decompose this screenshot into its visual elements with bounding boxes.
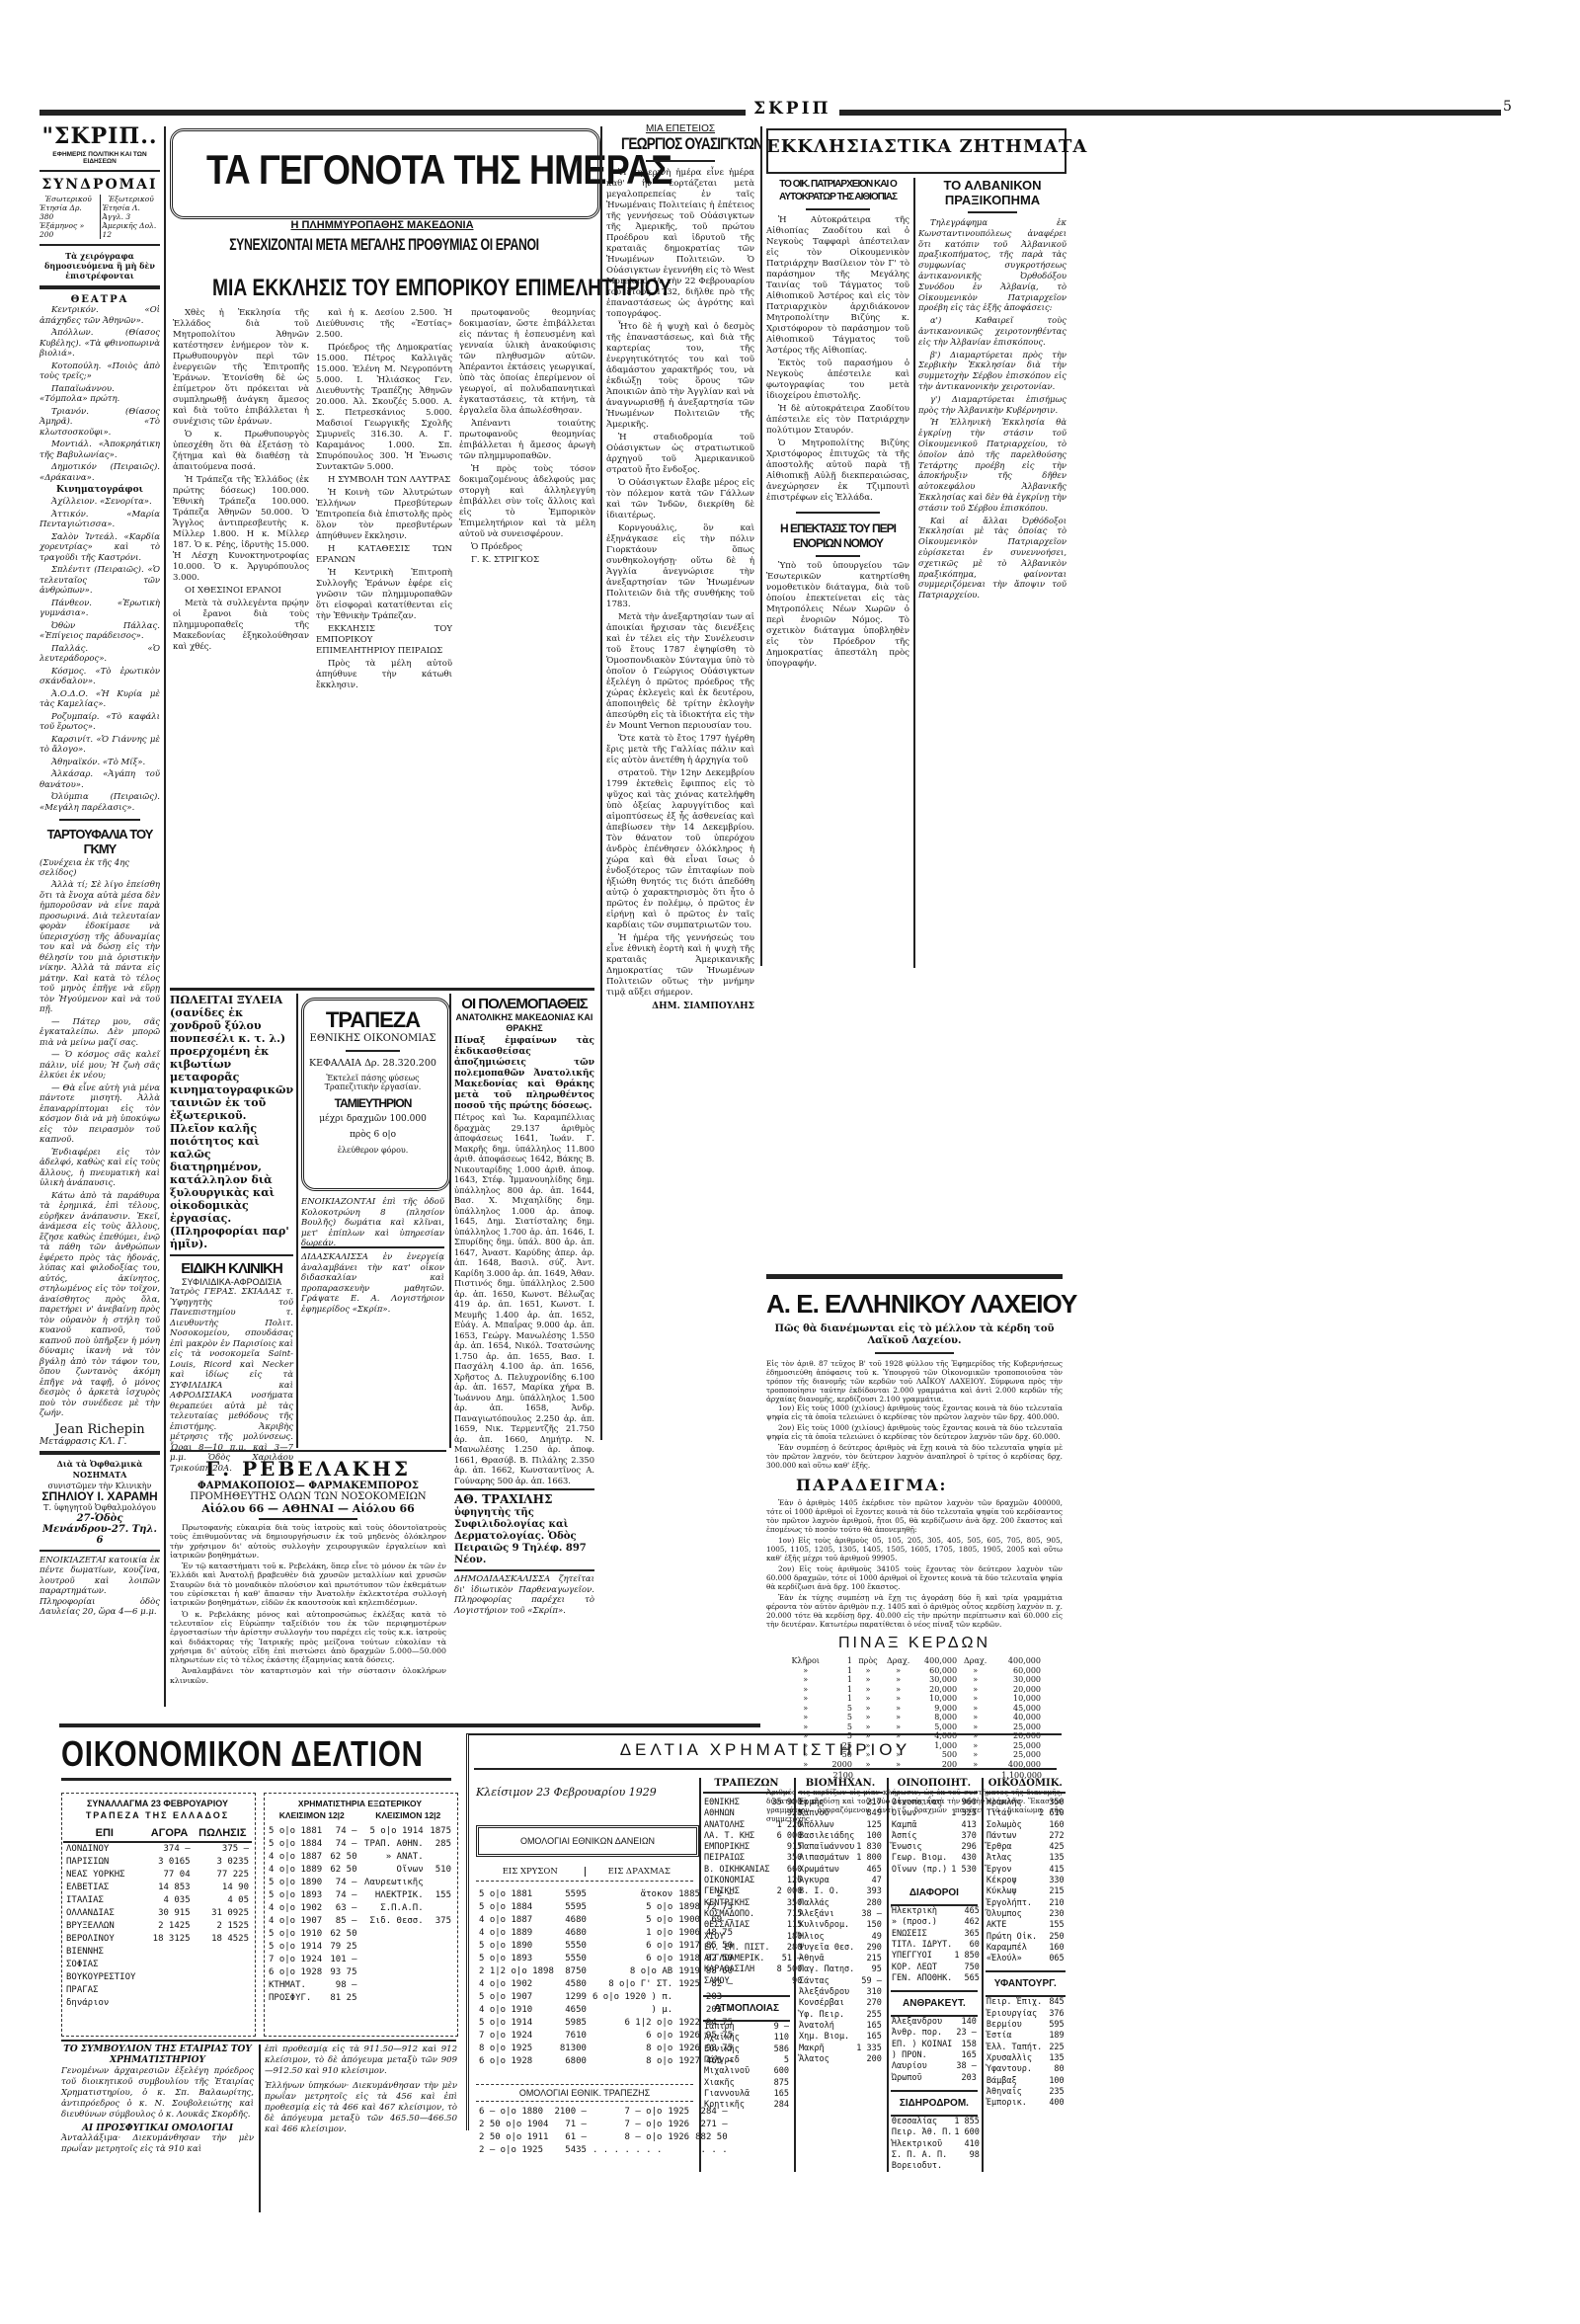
table-cell: 370: [950, 1831, 978, 1842]
table-cell: 100: [1047, 2076, 1066, 2087]
finance-title: ΟΙΚΟΝΟΜΙΚΟΝ ΔΕΛΤΙΟΝ: [61, 1733, 320, 1775]
table-cell: Βορειοδυτ.: [891, 2161, 953, 2172]
table-cell: [427, 1928, 454, 1941]
prize-cell: 30,000: [991, 1675, 1043, 1685]
table-cell: [194, 1959, 252, 1971]
table-row: ΑΓΓΛΟΑΜΕΡΙΚ.51 —: [703, 1954, 803, 1964]
table-cell: 74 —: [327, 1877, 360, 1889]
bank-savings: ΤΑΜΙΕΥΤΗΡΙΟΝ: [301, 1096, 444, 1110]
table-cell: Εὐνικῆς: [703, 2044, 767, 2055]
prize-cell: »: [882, 1675, 914, 1685]
table-row: Ἐργολήπτ.210: [986, 1898, 1066, 1909]
cinema-listing: Ἀχίλλειον. «Σενορίτα».: [39, 497, 160, 508]
table-row: Ἀθηνᾶ215: [798, 1954, 883, 1964]
table-row: Ἅλατος200: [798, 2054, 883, 2065]
prize-cell: »: [854, 1675, 882, 1685]
table-cell: [427, 1966, 454, 1979]
col-industry: ΒΙΟΜΗΧΑΝ. Ἑρμῆς217Καπνοῦ849Ἀπόλλων125Βασ…: [794, 1778, 883, 2172]
bonds-table: 5 ο|ο 18815595ἄτοκον18852 —5 ο|ο 1884559…: [476, 1888, 736, 2068]
manuscripts-notice: Τὰ χειρόγραφα δημοσιευόμενα ἢ μὴ δὲν ἐπι…: [39, 251, 160, 280]
war-victims-article: ΟΙ ΠΟΛΕΜΟΠΑΘΕΙΣ ΑΝΑΤΟΛΙΚΗΣ ΜΑΚΕΔΟΝΙΑΣ ΚΑ…: [454, 996, 594, 1616]
divider: [170, 988, 594, 991]
cinema-listing: Ἀττικόν. «Μαρία Πενταγιώτισσα».: [39, 510, 160, 530]
table-cell: Ψυγεῖα Θεσ.: [798, 1943, 855, 1954]
war-title: ΟΙ ΠΟΛΕΜΟΠΑΘΕΙΣ: [454, 996, 594, 1012]
divider: [646, 160, 715, 162]
table-cell: Καπνοῦ: [798, 1808, 855, 1819]
table-cell: 71 —: [551, 2119, 590, 2131]
table-cell: 4 ο|ο 1889: [266, 1864, 327, 1877]
nb-bonds-title: ΟΜΟΛΟΓΙΑΙ ΕΘΝΙΚ. ΤΡΑΠΕΖΗΣ: [476, 2084, 693, 2102]
table-row: δηνάριον: [63, 1997, 252, 2010]
table-cell: Λιπασμάτων: [798, 1853, 855, 1864]
anniversary-kicker: ΜΙΑ ΕΠΕΤΕΙΟΣ: [606, 123, 754, 134]
table-row: Παλλάς280: [798, 1898, 883, 1909]
table-cell: 1926: [665, 2131, 692, 2144]
prize-cell: »: [786, 1704, 825, 1714]
prize-cell: »: [882, 1694, 914, 1704]
table-cell: ΠΕΙΡΑΙΩΣ: [703, 1853, 771, 1864]
theatre-listing: Δημοτικόν (Πειραιῶς). «Δράκαινα».: [39, 462, 160, 483]
divider: [968, 211, 1017, 213]
table-cell: 4 ο|ο 1887: [476, 1914, 557, 1927]
table-cell: [194, 1946, 252, 1959]
prize-cell: 1: [825, 1675, 854, 1685]
table-cell: ἄτοκον: [590, 1888, 675, 1901]
article-paragraph: Τηλεγράφημα ἐκ Κωνσταντινουπόλεως ἀναφέρ…: [918, 217, 1066, 313]
table-cell: 225: [1047, 2043, 1066, 2053]
table-row: Βορειοδυτ.: [891, 2161, 981, 2172]
article-paragraph: Η ΣΥΜΒΟΛΗ ΤΩΝ ΛΑΥΤΡΑΣ: [316, 475, 452, 486]
prize-cell: 5: [825, 1713, 854, 1723]
table-cell: 4 ο|ο 1902: [476, 1978, 557, 1991]
table-cell: Μιχαλινοῦ: [703, 2066, 767, 2077]
table-row: ΛΟΝΔΙΝΟΥ374 —375 —: [63, 1842, 252, 1856]
table-cell: 8750: [557, 1965, 590, 1978]
cinema-listing: Καρσινίτ. «Ὁ Γιάννης μὲ τὸ ἄλογο».: [39, 735, 160, 756]
table-cell: 4 ο|ο 1910: [476, 2004, 557, 2017]
prize-cell: Δραχ.: [959, 1656, 991, 1666]
table-row: Γεωρ. Βιομ.430: [891, 1853, 978, 1864]
bank-capital: ΚΕΦΑΛΑΙΑ Δρ. 28.320.200: [301, 1058, 444, 1069]
table-cell: 1926: [665, 2119, 692, 2131]
bonds-col-drachma: ΕΙΣ ΔΡΑΧΜΑΣ: [586, 1867, 694, 1877]
table-row: Χημ. Βιομ.165: [798, 2032, 883, 2043]
table-row: ΚΑΡΑΘΑΣΙΛΗ8 500: [703, 1964, 803, 1975]
banks-title: ΤΡΑΠΕΖΩΝ: [703, 1778, 790, 1794]
table-cell: Β. Ι. Ο.: [798, 1886, 855, 1897]
page-number: 5: [1503, 99, 1512, 115]
article-paragraph: β') Διαμαρτύρεται πρὸς τὴν Σερβικὴν Ἐκκλ…: [918, 350, 1066, 392]
table-cell: 6 ο|ο: [590, 1940, 675, 1953]
table-cell: Ἠλεκτρικὴ: [891, 1906, 953, 1917]
table-cell: 5 ο|ο 1893: [266, 1889, 327, 1902]
war-list: Πέτρος καὶ Ἰω. Καραμπέλλιας δραχμὰς 29.1…: [454, 1112, 594, 1485]
table-row: Καπνοῦ849: [798, 1808, 883, 1819]
table-cell: 565: [953, 1973, 981, 1984]
table-cell: 413: [950, 1820, 978, 1831]
paper-name: "ΣΚΡΙΠ..: [39, 123, 160, 149]
table-cell: Ὑφ. Πειρ.: [798, 2010, 855, 2021]
derm-ad: ΑΘ. ΤΡΑΧΙΛΗΣ ὑφηγητὴς τῆς Συφιλιδολογίας…: [454, 1493, 594, 1566]
table-row: ΕΠ. ) ΚΟΙΝΑΙ158: [891, 2040, 978, 2050]
divider: [766, 1274, 1063, 1279]
table-cell: [146, 1959, 194, 1971]
prize-cell: 30,000: [914, 1675, 959, 1685]
timber-text: προερχομένη ἐκ κιβωτίων μεταφορᾶς κινημα…: [170, 1045, 293, 1250]
table-cell: 5550: [557, 1953, 590, 1965]
table-cell: Κέκροψ: [986, 1876, 1038, 1886]
table-row: ) ΠΡΟΝ.165: [891, 2050, 978, 2061]
table-row: Ἔρθρα425: [986, 1842, 1066, 1853]
table-cell: 4 035: [146, 1894, 194, 1907]
table-cell: 93 75: [327, 1966, 360, 1979]
article-paragraph: Ὁ κ. Πρωθυπουργὸς ὑπεσχέθη ὅτι θὰ ἐξετάσ…: [173, 430, 309, 473]
eye-ad-line1: Διὰ τὰ Ὀφθαλμικὰ ΝΟΣΗΜΑΤΑ: [39, 1459, 160, 1481]
table-cell: 8 ο|ο 1925: [476, 2043, 557, 2055]
table-cell: 38 —: [855, 1909, 883, 1920]
divider: [454, 1569, 594, 1571]
table-cell: 1 335: [855, 2044, 883, 2054]
prize-cell: »: [786, 1666, 825, 1676]
table-cell: Θεσσαλίας: [891, 2117, 953, 2127]
table-row: Ἀλεξάνι38 —: [798, 1909, 883, 1920]
table-cell: 203: [955, 2073, 978, 2084]
table-row: Ἠλεκτρικὴ465: [891, 1906, 981, 1917]
lottery-rule: Ἐὰν συμπέσῃ ὁ δεύτερος ἀριθμὸς νὰ ἔχῃ κο…: [766, 1443, 1063, 1470]
cinema-listing: Παλλάς. «Ὁ λευτεράδορος».: [39, 644, 160, 665]
prize-cell: »: [882, 1685, 914, 1695]
table-cell: 5 ο|ο 1881: [476, 1888, 557, 1901]
example-paragraph: 1ον) Εἰς τοὺς ἀριθμοὺς 05, 105, 205, 305…: [766, 1536, 1063, 1563]
table-cell: Ἀσπίς: [891, 1831, 950, 1842]
article-paragraph: ΟΙ ΧΘΕΣΙΝΟΙ ΕΡΑΝΟΙ: [173, 586, 309, 597]
table-row: Ἠλεκτρικοῦ410: [891, 2139, 981, 2150]
table-row: ΙΤΑΛΙΑΣ4 0354 05: [63, 1894, 252, 1907]
table-cell: 4580: [557, 1978, 590, 1991]
main-article-col1: Χθὲς ἡ Ἐκκλησία τῆς Ἑλλάδος διὰ τοῦ Μητρ…: [173, 308, 309, 655]
table-cell: » (προσ.): [891, 1917, 953, 1928]
table-row: Πειρ. Ἀθ. Π.1 600: [891, 2127, 981, 2138]
prize-row: Κλῆροι1πρὸςΔραχ.400,000Δραχ.400,000: [786, 1656, 1043, 1666]
table-row: 5 ο|ο 190712996 ο|ο 1920 ) π.203 —: [476, 1991, 736, 2004]
teacher2-ad: ΔΗΜΟΔΙΔΑΣΚΑΛΙΣΣΑ ζητεῖται δι' ἰδιωτικὸν …: [454, 1574, 594, 1616]
table-row: Ἐμπορικ.400: [986, 2098, 1066, 2109]
prize-cell: 60,000: [914, 1666, 959, 1676]
article-paragraph: Ὁ Πρόεδρος: [459, 542, 595, 553]
theatre-listing: Κεντρικόν. «Οἱ ἀπάχηδες τῶν Ἀθηνῶν».: [39, 305, 160, 326]
lottery-subtitle: Πῶς θὰ διανέμωνται εἰς τὸ μέλλον τὰ κέρδ…: [766, 1323, 1063, 1347]
table-cell: [146, 1971, 194, 1984]
table-cell: Πρώτη Οἰκ.: [986, 1932, 1038, 1943]
table-cell: 415: [1038, 1865, 1066, 1876]
table-cell: Ὑφαντουρ.: [986, 2064, 1047, 2075]
table-cell: 374 —: [146, 1842, 194, 1856]
article-paragraph: καὶ ἡ κ. Δεσίου 2.500. Ἡ Διεύθυνσις τῆς …: [316, 308, 452, 341]
table-cell: ΑΓΓΛΟΑΜΕΡΙΚ.: [703, 1954, 771, 1964]
divider: [346, 1050, 400, 1052]
table-row: Πρώτη Οἰκ.250: [986, 1932, 1066, 1943]
serial-author: Jean Richepin: [39, 1422, 160, 1437]
table-cell: 4 ο|ο 1907: [266, 1915, 327, 1928]
column-rule: [449, 994, 451, 1448]
table-cell: 6800: [557, 2055, 590, 2068]
table-cell: 1 800: [855, 1853, 883, 1864]
table-cell: 595: [1047, 2020, 1066, 2031]
construction-table: Ἡρακλῆς350Τιτάν2 610Σολωμὸς160Πάντων272Ἔ…: [986, 1798, 1066, 1964]
table-row: ΠΑΡΙΣΙΩΝ3 01653 0235: [63, 1856, 252, 1869]
theatre-listing: Τριανόν. (Θίασος Ἀμηρᾶ). «Τὸ κλωτσοσκοῦφ…: [39, 407, 160, 439]
subscriptions-title: ΣΥΝΔΡΟΜΑΙ: [39, 177, 160, 193]
table-cell: 3 0235: [194, 1856, 252, 1869]
table-cell: 290: [855, 1943, 883, 1954]
table-row: 5 ο|ο 189074 —Λαυρεωτικῆς: [266, 1877, 454, 1889]
table-cell: 350: [1038, 1798, 1066, 1808]
table-cell: 215: [1038, 1886, 1066, 1897]
table-cell: 85 —: [327, 1915, 360, 1928]
table-row: Πάντων272: [986, 1831, 1066, 1842]
council-text: Γενομένων ἀρχαιρεσιῶν ἐξελέγη πρόεδρος τ…: [61, 2066, 254, 2121]
divider: [61, 2040, 456, 2042]
fx-table: ΕΠΙΑΓΟΡΑΠΩΛΗΣΙΣΛΟΝΔΙΝΟΥ374 —375 —ΠΑΡΙΣΙΩ…: [63, 1825, 252, 2010]
bank-title: ΤΡΑΠΕΖΑ: [301, 1007, 444, 1033]
pharma-line: ΠΡΟΜΗΘΕΥΤΗΣ ΟΛΩΝ ΤΩΝ ΝΟΣΟΚΟΜΕΙΩΝ: [170, 1491, 446, 1502]
table-cell: Σ. Π. Α. Π.: [891, 2150, 953, 2161]
table-cell: 1 ο|ο: [590, 1927, 675, 1940]
table-cell: 065: [1038, 1954, 1066, 1964]
table-cell: [359, 1966, 426, 1979]
table-cell: 6 ο|ο 1928: [476, 2055, 557, 2068]
prize-cell: 1: [825, 1685, 854, 1695]
table-cell: ΚΤΗΜΑΤ.: [266, 1979, 327, 1992]
table-row: 4 ο|ο 190245808 ο|ο Γ' ΣΤ.192582 —: [476, 1978, 736, 1991]
table-cell: 5 ο|ο 1881: [266, 1825, 327, 1838]
prize-cell: 10,000: [991, 1694, 1043, 1704]
table-cell: Τιτάν: [986, 1808, 1038, 1819]
council-title: ΤΟ ΣΥΜΒΟΥΛΙΟΝ ΤΗΣ ΕΤΑΙΡΙΑΣ ΤΟΥ ΧΡΗΜΑΤΙΣΤ…: [61, 2044, 254, 2066]
table-cell: 77 225: [194, 1869, 252, 1882]
table-cell: 250: [1038, 1932, 1066, 1943]
table-cell: ΕΛ. ΕΜ. ΠΙΣΤ.: [703, 1943, 771, 1954]
table-row: ΟΙΚΟΝΟΜΙΑΣ126: [703, 1876, 803, 1886]
timber-title: ΠΩΛΕΙΤΑΙ ΞΥΛΕΙΑ (σανίδες ἐκ χονδροῦ ξύλο…: [170, 994, 293, 1045]
table-cell: 47: [855, 1876, 883, 1886]
table-cell: Ἐλλ. Ταπήτ.: [986, 2043, 1047, 2053]
table-cell: 8 ο|ο ΑΒ: [590, 1965, 675, 1978]
table-row: 5 ο|ο 191062 50: [266, 1928, 454, 1941]
prize-cell: »: [959, 1723, 991, 1732]
clinic-subtitle: ΣΥΦΙΛΙΔΙΚΑ-ΑΦΡΟΔΙΣΙΑ: [170, 1277, 293, 1287]
running-title: ΣΚΡΙΠ: [746, 99, 839, 119]
table-row: ΒΟΥΚΟΥΡΕΣΤΙΟΥ: [63, 1971, 252, 1984]
divider: [454, 1488, 594, 1490]
prize-cell: 400,000: [991, 1656, 1043, 1666]
table-row: ΥΠΕΓΓΥΟΙ1 850: [891, 1951, 981, 1962]
table-row: ΓΕΝ. ΑΠΟΘΗΚ.565: [891, 1973, 981, 1984]
serial-paragraph: Κάτω ἀπὸ τὰ παράθυρα τὰ ἐρημικά, ἐπὶ τέλ…: [39, 1191, 160, 1419]
table-row: Οἰνοποιΐας960: [891, 1798, 978, 1808]
table-cell: ΑΝΑΤΟΛΗΣ: [703, 1820, 771, 1831]
table-cell: Πειρ. Ἀθ. Π.: [891, 2127, 953, 2138]
example-paragraph: Ἐὰν ὁ ἀριθμὸς 1405 ἐκέρδισε τὸν πρῶτον λ…: [766, 1498, 1063, 1534]
table-cell: [359, 1941, 426, 1954]
wine-title: ΟΙΝΟΠΟΙΗΤ.: [891, 1778, 978, 1794]
anniversary-title: ΓΕΩΡΓΙΟΣ ΟΥΑΣΙΓΚΤΩΝ: [621, 134, 740, 154]
cinema-listing: Σπλέντιτ (Πειραιῶς). «Ὁ τελευταῖος τῶν ἀ…: [39, 565, 160, 597]
table-cell: Κυλινδρομ.: [798, 1920, 855, 1931]
prize-row: »1»»20,000»20,000: [786, 1685, 1043, 1695]
article-paragraph: Ἡ ἡμέρα τῆς γεννήσεώς του εἶνε ἐθνικὴ ἑο…: [606, 933, 754, 999]
textile-title: ΥΦΑΝΤΟΥΡΓ.: [986, 1970, 1066, 1997]
table-cell: Ἐμπορικ.: [986, 2098, 1047, 2109]
table-cell: Χημ. Βιομ.: [798, 2032, 855, 2043]
parish-title: Η ΕΠΕΚΤΑΣΙΣ ΤΟΥ ΠΕΡΙ ΕΝΟΡΙΩΝ ΝΟΜΟΥ: [766, 521, 909, 551]
table-cell: 272: [1038, 1831, 1066, 1842]
article-paragraph: Ἐκτὸς τοῦ παρασήμου ὁ Νεγκοὺς ἀπέστειλε …: [766, 359, 909, 402]
table-cell: ΣΟΦΙΑΣ: [63, 1959, 146, 1971]
rooms-ad: ΕΝΟΙΚΙΑΖΟΝΤΑΙ ἐπὶ τῆς ὁδοῦ Κολοκοτρώνη 8…: [301, 1197, 444, 1249]
article-paragraph: στρατοῦ. Τὴν 12ην Δεκεμβρίου 1799 ἐκτεθε…: [606, 768, 754, 931]
table-cell: 750: [953, 1963, 981, 1973]
foreign-title: ΧΡΗΜΑΤΙΣΤΗΡΙΑ ΕΞΩΤΕΡΙΚΟΥ: [264, 1798, 456, 1809]
table-row: Β. ΟΙΚΗΚΑΝΙΑΣ660: [703, 1865, 803, 1876]
serial-text: Ἀλλὰ τί; Σὲ λίγο ἐπείσθη ὅτι τὰ ἔνοχα αὐ…: [39, 880, 160, 1419]
divider: [301, 1246, 444, 1248]
table-row: ΓΕΝΙΚΗΣ2 000: [703, 1886, 803, 1897]
table-row: Εὐνικῆς586: [703, 2044, 790, 2055]
divider: [39, 1451, 160, 1455]
table-cell: 2 1425: [146, 1920, 194, 1933]
article-paragraph: Ἡ Αὐτοκράτειρα τῆς Αἰθιοπίας Ζαοδίτου κα…: [766, 215, 909, 357]
ethiopia-text: Ἡ Αὐτοκράτειρα τῆς Αἰθιοπίας Ζαοδίτου κα…: [766, 215, 909, 504]
table-cell: 7 — ο|ο: [590, 2119, 665, 2131]
table-cell: Χιακῆς: [703, 2078, 767, 2089]
cinema-listing: Ροζυμπαίρ. «Τὸ καφάλι τοῦ ἔρωτος».: [39, 712, 160, 733]
table-cell: 1 855: [953, 2117, 981, 2127]
table-row: Ἀτλας135: [986, 1853, 1066, 1864]
divider: [39, 170, 160, 172]
table-cell: 7610: [557, 2030, 590, 2043]
table-row: 5 ο|ο 188174 —5 ο|ο 19141875: [266, 1825, 454, 1838]
divider: [875, 1352, 954, 1354]
prize-cell: »: [882, 1713, 914, 1723]
table-cell: [194, 1971, 252, 1984]
table-cell: 165: [855, 2021, 883, 2032]
prize-cell: »: [854, 1723, 882, 1732]
table-row: ΘΕΣΣΑΛΙΑΣ115: [703, 1920, 803, 1931]
article-paragraph: Πρὸς τὰ μέλη αὐτοῦ ἀπηύθυνε τὴν κάτωθι ἔ…: [316, 659, 452, 691]
table-row: 2 1|2 ο|ο 189887508 ο|ο ΑΒ191988 60: [476, 1965, 736, 1978]
table-cell: ) ΠΡΟΝ.: [891, 2050, 955, 2061]
bank-subtitle: ΕΘΝΙΚΗΣ ΟΙΚΟΝΟΜΙΑΣ: [301, 1033, 444, 1044]
fx-header2: ΤΡΑΠΕΖΑ ΤΗΣ ΕΛΛΑΔΟΣ: [61, 1809, 254, 1821]
coal-table: Ἀλεξανδρου140Ἀνθρ. πορ.23 —ΕΠ. ) ΚΟΙΝΑΙ1…: [891, 2017, 978, 2084]
table-row: Κρητικῆς284: [703, 2100, 790, 2111]
industry-table: Ἑρμῆς217Καπνοῦ849Ἀπόλλων125Βασιλειάδης10…: [798, 1798, 883, 2065]
table-cell: ΚΕΝΤΡΙΚΗΣ: [703, 1898, 771, 1909]
divider: [59, 819, 140, 821]
table-cell: 586: [767, 2044, 790, 2055]
ethiopia-title: ΤΟ ΟΙΚ. ΠΑΤΡΙΑΡΧΕΙΟΝ ΚΑΙ Ο ΑΥΤΟΚΡΑΤΩΡ ΤΗ…: [766, 178, 909, 203]
table-cell: [146, 1946, 194, 1959]
lottery-intro: Εἰς τὸν ἀριθ. 87 τεῦχος Β' τοῦ 1928 φύλλ…: [766, 1359, 1063, 1403]
example-title: ΠΑΡΑΔΕΙΓΜΑ:: [796, 1476, 1063, 1494]
column-rule: [164, 126, 166, 1707]
table-cell: . . . . . . .: [590, 2144, 665, 2157]
cinema-listing: Ἀ.Ο.Δ.Ο. «Ἡ Κυρία μὲ τὰς Καμελίας».: [39, 689, 160, 710]
table-row: Ἀνθρ. πορ.23 —: [891, 2028, 978, 2039]
table-row: ΚΤΗΜΑΤ.98 —: [266, 1979, 454, 1992]
article-paragraph: Γ. Κ. ΣΤΡΙΓΚΟΣ: [459, 555, 595, 566]
prize-row: »1»»10,000»10,000: [786, 1694, 1043, 1704]
clinic-title: ΕΙΔΙΚΗ ΚΛΙΝΙΚΗ: [170, 1260, 293, 1277]
theatre-listing: Παπαϊωάννου. «Τόμπολα» πρώτη.: [39, 384, 160, 405]
cinema-listing: Ἀθηναϊκόν. «Τὸ Μίξ».: [39, 758, 160, 768]
table-cell: 849: [855, 1808, 883, 1819]
pharma-text: Πρωτοφανὴς εὐκαιρία διὰ τοὺς ἰατροὺς καὶ…: [170, 1523, 446, 1685]
divider: [474, 1768, 1057, 1770]
table-row: Ἑστία189: [986, 2031, 1066, 2042]
table-cell: 38 —: [955, 2061, 978, 2072]
table-cell: 5550: [557, 1940, 590, 1953]
table-row: Ἕνωσις296: [891, 1842, 978, 1853]
table-cell: 100: [855, 1831, 883, 1842]
table-cell: ΗΛΕΚΤΡΙΚ.: [359, 1889, 426, 1902]
table-cell: 62 50: [327, 1851, 360, 1864]
eye-ad-name: ΣΠΗΛΙΟΥ Ι. ΧΑΡΑΜΗ: [39, 1491, 160, 1502]
parish-text: Ὑπὸ τοῦ ὑπουργείου τῶν Ἐσωτερικῶν κατηρτ…: [766, 561, 909, 670]
table-cell: 74 —: [327, 1889, 360, 1902]
table-row: 2 50 ο|ο 191161 —8 — ο|ο1926882 50: [476, 2131, 731, 2144]
table-row: ΝΕΑΣ ΥΟΡΚΗΣ77 0477 225: [63, 1869, 252, 1882]
table-row: Μιχαλινοῦ600: [703, 2066, 790, 2077]
table-cell: ΘΕΣΣΑΛΙΑΣ: [703, 1920, 771, 1931]
rail-title: ΣΙΔΗΡΟΔΡΟΜ.: [891, 2090, 978, 2117]
albanian-title: ΤΟ ΑΛΒΑΝΙΚΟΝ ΠΡΑΞΙΚΟΠΗΜΑ: [918, 178, 1066, 207]
prize-cell: »: [882, 1723, 914, 1732]
war-intro: Πίναξ ἐμφαίνων τὰς ἐκδικασθείσας ἀποζημι…: [454, 1036, 594, 1112]
table-cell: 2 610: [1038, 1808, 1066, 1819]
article-paragraph: Ἀπέναντι τοιαύτης πρωτοφανοῦς θεομηνίας …: [459, 419, 595, 462]
table-cell: Λαυρεωτικῆς: [359, 1877, 426, 1889]
table-cell: Παλλάς: [798, 1898, 855, 1909]
eye-ad-address: 27-Ὁδὸς Μενάνδρου-27. Τηλ. 6: [39, 1513, 160, 1546]
prize-cell: »: [959, 1713, 991, 1723]
main-article-col2: καὶ ἡ κ. Δεσίου 2.500. Ἡ Διεύθυνσις τῆς …: [316, 308, 452, 693]
table-cell: 6 ο|ο: [590, 2030, 675, 2043]
bank-text: Ἐκτελεῖ πάσης φύσεως Τραπεζιτικὴν ἐργασί…: [311, 1074, 434, 1091]
ad-paragraph: Ὁ κ. Ρεβελάκης μόνος καὶ αὐτοπροσώπως ἐκ…: [170, 1610, 446, 1665]
table-row: Πειρ. Ἐπιχ.845: [986, 1997, 1066, 2008]
table-cell: 95: [855, 1964, 883, 1975]
bourse-title: ΔΕΛΤΙΑ ΧΡΗΜΑΤΙΣΤΗΡΙΟΥ: [474, 1740, 1057, 1760]
table-cell: 330: [1038, 1876, 1066, 1886]
table-cell: ΓΕΝΙΚΗΣ: [703, 1886, 771, 1897]
prize-cell: 5: [825, 1704, 854, 1714]
refugee-continued: ἐπὶ προθεσμίᾳ εἰς τὰ 911.50—912 καὶ 912 …: [265, 2044, 457, 2077]
table-cell: ΒΡΥΞΕΛΛΩΝ: [63, 1920, 146, 1933]
fx-header: ΣΥΝΑΛΛΑΓΜΑ 23 ΦΕΒΡΟΥΑΡΙΟΥ ΤΡΑΠΕΖΑ ΤΗΣ ΕΛ…: [61, 1798, 254, 1821]
headline-2: ΜΙΑ ΕΚΚΛΗΣΙΣ ΤΟΥ ΕΜΠΟΡΙΚΟΥ ΕΠΙΜΕΛΗΤΗΡΙΟΥ: [212, 275, 552, 302]
table-cell: 510: [427, 1864, 454, 1877]
table-cell: 210: [1038, 1898, 1066, 1909]
table-row: Οἴνων (πρ.)1 530: [891, 1865, 978, 1876]
table-cell: [359, 1954, 426, 1966]
table-cell: ΣΑΜΟΥ: [703, 1976, 771, 1987]
table-cell: 5 ο|ο 1914: [359, 1825, 426, 1838]
divider: [170, 1254, 293, 1256]
table-cell: 135: [1047, 2053, 1066, 2064]
